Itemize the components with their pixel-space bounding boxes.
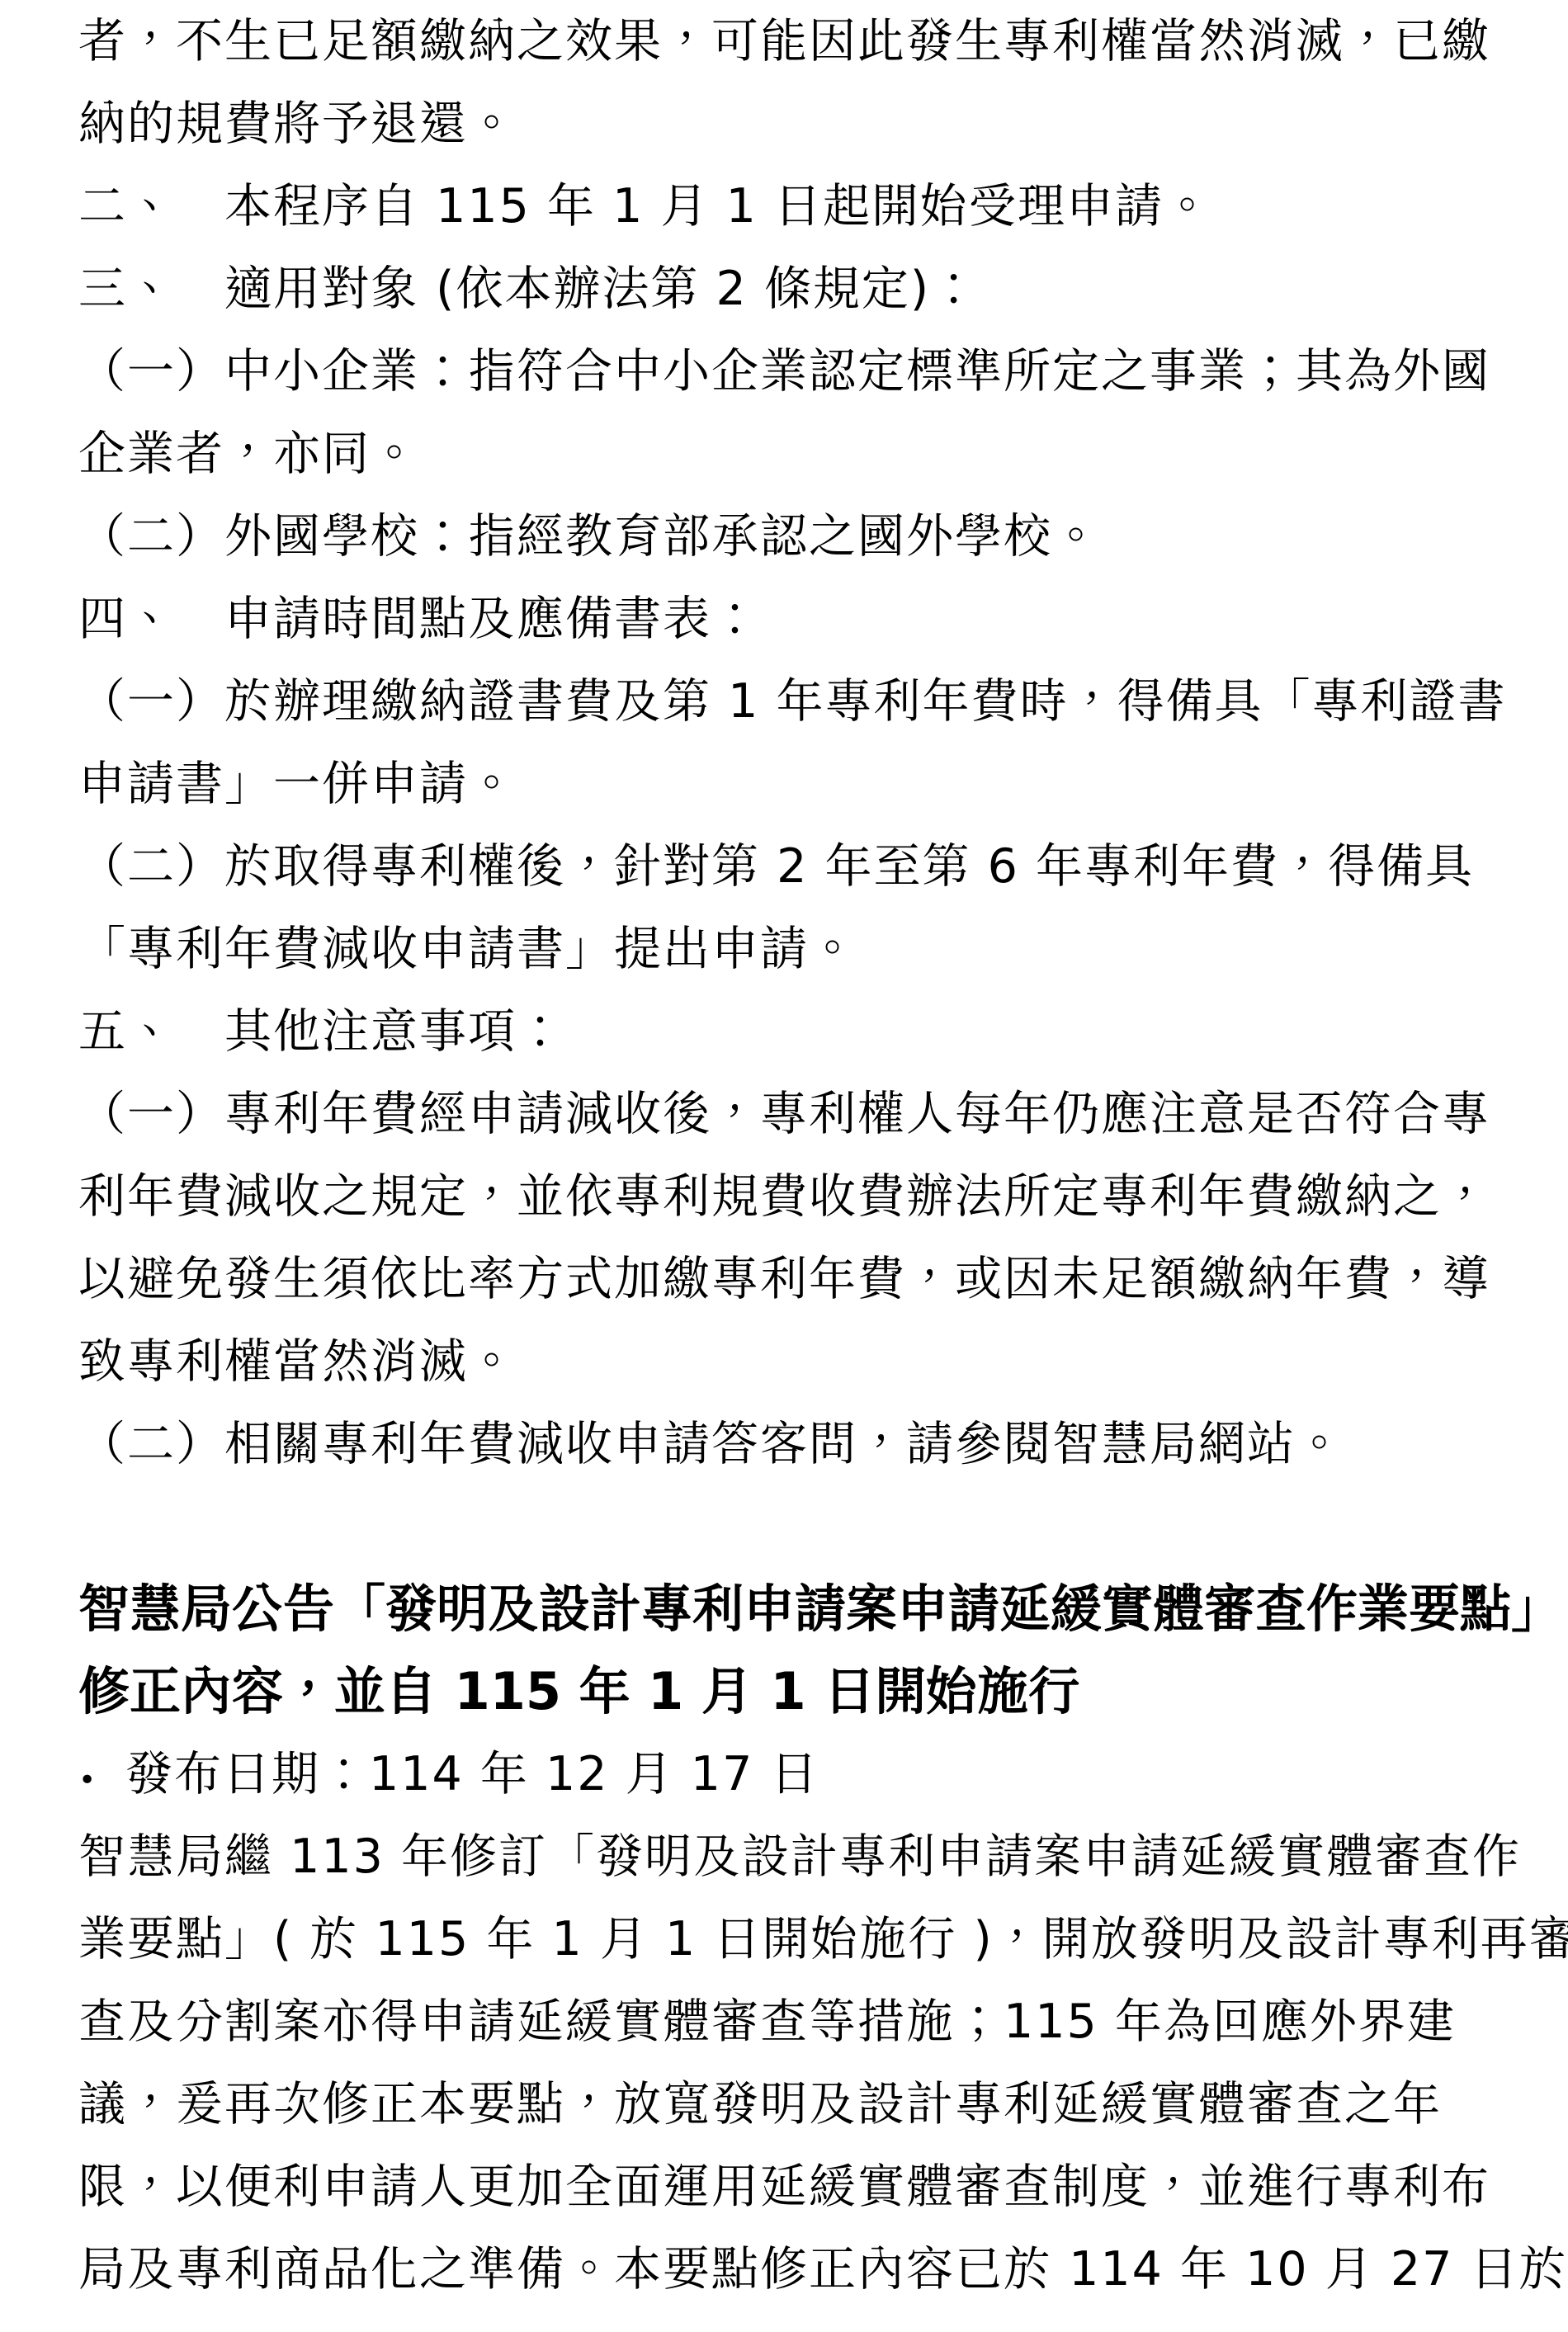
- notice-heading-line-2: 修正內容，並自 115 年 1 月 1 日開始施行: [78, 1650, 1518, 1733]
- blank-line: [78, 1485, 1518, 1568]
- text-line: 智慧局繼 113 年修訂「發明及設計專利申請案申請延緩實體審查作: [78, 1815, 1518, 1898]
- text-line: 致專利權當然消滅。: [78, 1320, 1518, 1403]
- text-line: 業要點」( 於 115 年 1 月 1 日開始施行 )，開放發明及設計專利再審: [78, 1898, 1518, 1980]
- sub-item-3-1: （一）中小企業：指符合中小企業認定標準所定之事業；其為外國: [78, 330, 1518, 413]
- publish-date-item: •發布日期：114 年 12 月 17 日: [78, 1733, 1518, 1815]
- bullet-icon: •: [78, 1740, 125, 1822]
- text-line: 以避免發生須依比率方式加繳專利年費，或因未足額繳納年費，導: [78, 1238, 1518, 1320]
- text-line: 利年費減收之規定，並依專利規費收費辦法所定專利年費繳納之，: [78, 1155, 1518, 1238]
- text-line: 局及專利商品化之準備。本要點修正內容已於 114 年 10 月 27 日於: [78, 2228, 1518, 2311]
- text-line: 議，爰再次修正本要點，放寬發明及設計專利延緩實體審查之年: [78, 2063, 1518, 2146]
- document-page: 者，不生已足額繳納之效果，可能因此發生專利權當然消滅，已繳 納的規費將予退還。 …: [0, 0, 1568, 2311]
- text-line: 查及分割案亦得申請延緩實體審查等措施；115 年為回應外界建: [78, 1980, 1518, 2063]
- sub-item-5-2: （二）相關專利年費減收申請答客問，請參閱智慧局網站。: [78, 1403, 1518, 1485]
- text-line: 限，以便利申請人更加全面運用延緩實體審查制度，並進行專利布: [78, 2146, 1518, 2228]
- text-line: 納的規費將予退還。: [78, 83, 1518, 165]
- list-item-2: 二、 本程序自 115 年 1 月 1 日起開始受理申請。: [78, 165, 1518, 248]
- notice-heading-line-1: 智慧局公告「發明及設計專利申請案申請延緩實體審查作業要點」: [78, 1568, 1518, 1650]
- publish-date-text: 發布日期：114 年 12 月 17 日: [125, 1747, 819, 1801]
- sub-item-4-1: （一）於辦理繳納證書費及第 1 年專利年費時，得備具「專利證書: [78, 660, 1518, 743]
- text-line: 企業者，亦同。: [78, 413, 1518, 495]
- list-item-5: 五、 其他注意事項：: [78, 990, 1518, 1073]
- sub-item-3-2: （二）外國學校：指經教育部承認之國外學校。: [78, 495, 1518, 578]
- text-line: 「專利年費減收申請書」提出申請。: [78, 908, 1518, 990]
- text-line: 者，不生已足額繳納之效果，可能因此發生專利權當然消滅，已繳: [78, 0, 1518, 83]
- list-item-3: 三、 適用對象 (依本辦法第 2 條規定)：: [78, 248, 1518, 330]
- section-deferred-exam-notice: 智慧局公告「發明及設計專利申請案申請延緩實體審查作業要點」 修正內容，並自 11…: [78, 1568, 1518, 2311]
- sub-item-4-2: （二）於取得專利權後，針對第 2 年至第 6 年專利年費，得備具: [78, 825, 1518, 908]
- list-item-4: 四、 申請時間點及應備書表：: [78, 578, 1518, 660]
- sub-item-5-1: （一）專利年費經申請減收後，專利權人每年仍應注意是否符合專: [78, 1073, 1518, 1155]
- text-line: 申請書」一併申請。: [78, 743, 1518, 825]
- section-annual-fee-reduction-notice: 者，不生已足額繳納之效果，可能因此發生專利權當然消滅，已繳 納的規費將予退還。 …: [78, 0, 1518, 1485]
